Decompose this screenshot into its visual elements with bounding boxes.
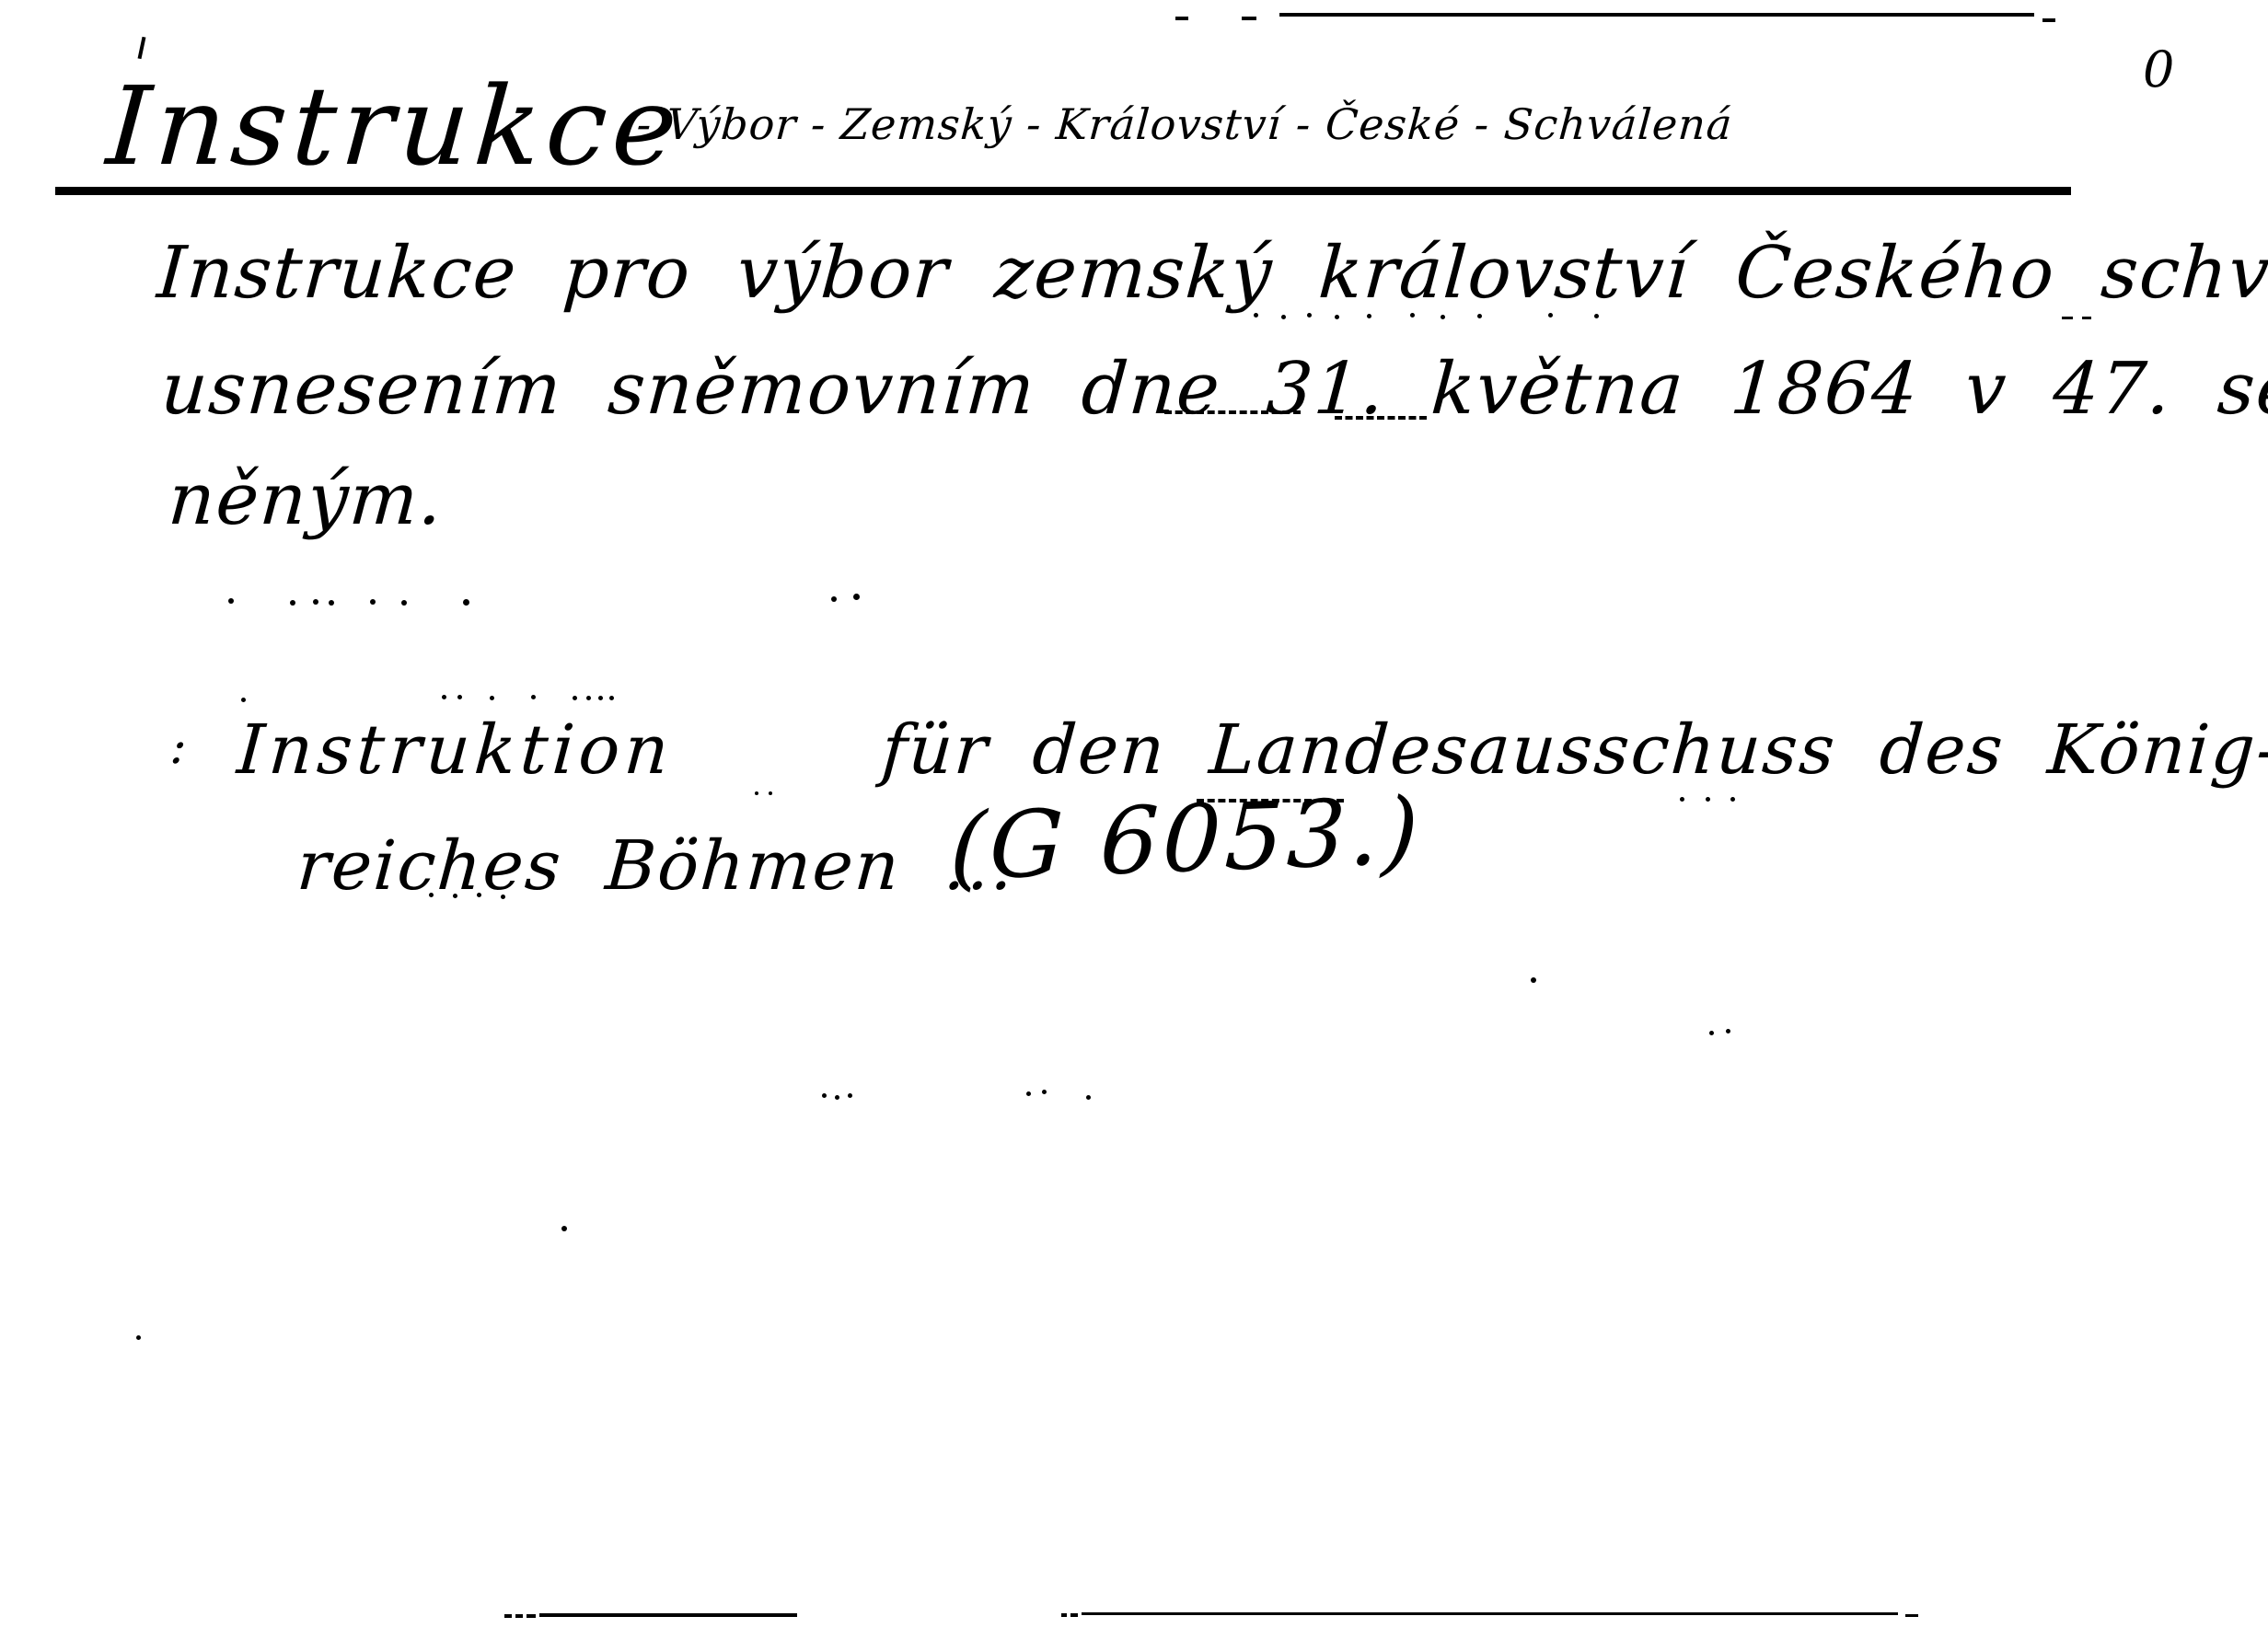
heading-rule [55,187,2071,195]
scan-speck [1730,797,1735,802]
scan-dash [2062,317,2073,319]
scan-speck [241,698,246,702]
scan-dash [2082,317,2091,319]
scan-underline [1335,416,1427,420]
czech-paragraph-line-2: usnesením sněmovním dne 31. května 1864 … [158,348,2268,431]
scan-speck [313,599,318,605]
scan-speck [1548,313,1553,318]
scan-speck [1367,314,1371,318]
scan-speck [835,1095,839,1100]
scan-speck [370,599,376,605]
scan-speck [442,695,446,699]
scan-speck [1335,315,1339,319]
scan-speck [453,894,457,898]
scan-speck [755,791,758,795]
scan-speck [848,1093,852,1098]
scan-line-bottom-right [1082,1612,1898,1615]
heading-annotation: - Výbor - Zemský - Království - České - … [635,99,1734,149]
scan-speck [290,600,295,606]
scan-dash [1070,1613,1078,1617]
scan-speck [573,696,577,700]
scan-dash [1905,1614,1918,1617]
scan-speck [609,696,614,700]
scan-line-top [1279,13,2034,17]
scan-speck [1709,1031,1714,1035]
scan-speck [1026,1091,1031,1096]
scan-speck [501,895,505,899]
scan-dash [504,1614,512,1618]
heading-title: Instrukce [103,63,687,190]
scan-underline [1197,799,1344,802]
page-number: 0 [2143,40,2174,98]
scan-tick [138,37,146,59]
scanned-document-page: 0 Instrukce - Výbor - Zemský - Královstv… [0,0,2268,1628]
scan-dash [515,1614,523,1618]
czech-paragraph-line-3: něným. [166,458,446,541]
scan-speck [1477,314,1482,318]
czech-paragraph-line-1: Instrukce pro výbor zemský království Če… [155,232,2268,315]
scan-speck [769,791,772,795]
scan-dash [2042,18,2055,22]
scan-speck [1307,313,1312,318]
german-line-1-word: Instruktion [235,710,676,790]
scan-speck [586,696,591,700]
scan-speck [429,893,434,897]
scan-speck [1410,313,1415,318]
scan-speck [1706,797,1710,802]
scan-speck [1086,1095,1091,1100]
german-reference-number: (G 6053.) [948,777,1424,901]
scan-speck [401,600,407,606]
scan-speck [598,696,603,700]
scan-speck [1254,313,1258,318]
scan-speck [1042,1090,1047,1094]
german-line-1-rest: für den Landesausschuss des König- [879,710,2268,790]
scan-speck [329,600,334,606]
scan-speck [1441,315,1445,319]
scan-underline [1164,410,1301,414]
scan-dash [1242,17,1256,20]
scan-speck [457,695,462,699]
scan-line-bottom-left [539,1613,797,1617]
german-lead-mark: : [168,720,189,775]
scan-speck [1594,314,1599,318]
scan-dash [1175,17,1188,20]
scan-speck [531,695,536,699]
scan-speck [1531,977,1536,983]
scan-speck [463,599,469,606]
scan-dash [526,1614,536,1618]
german-line-2: reiches Böhmen ... [295,826,1018,906]
scan-speck [490,696,494,700]
scan-speck [561,1226,567,1231]
scan-speck [831,596,837,602]
scan-dash [1061,1613,1067,1617]
scan-speck [228,598,234,604]
scan-speck [822,1093,827,1098]
scan-speck [477,893,481,897]
scan-speck [853,594,860,600]
scan-speck [1726,1029,1730,1033]
scan-speck [1281,315,1286,319]
scan-speck [136,1335,141,1340]
scan-speck [1680,797,1684,802]
